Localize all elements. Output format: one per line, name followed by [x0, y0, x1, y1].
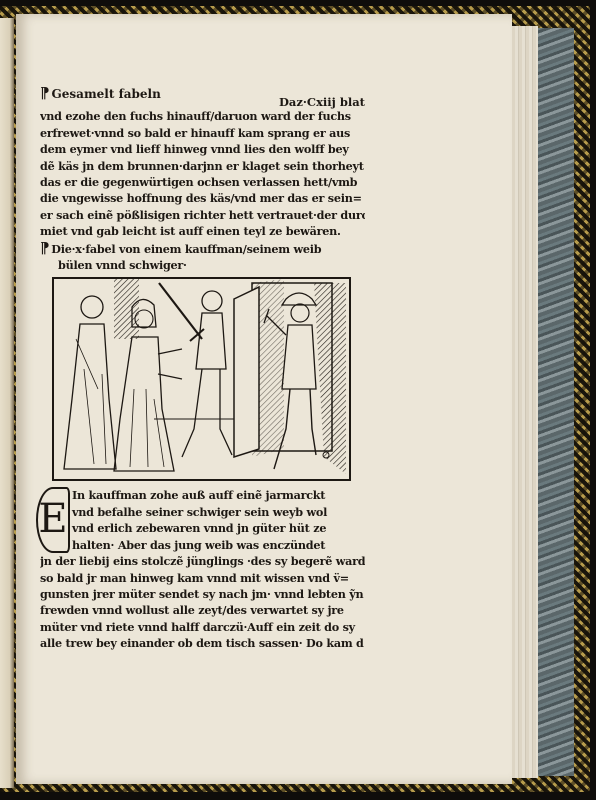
fable-title: ⁋Die·x·fabel von einem kauffman/seinem w…	[40, 240, 365, 257]
text-line: halten· Aber das jung weib was enczündet	[40, 537, 365, 553]
text-line: die vngewisse hoffnung des käs/vnd mer d…	[40, 190, 365, 206]
folio-number: Daz·Cxiij blat	[279, 94, 365, 110]
text-line: vnd erlich zebewaren vnnd jn güter hüt z…	[40, 520, 365, 536]
text-line: vnd ezohe den fuchs hinauff/daruon ward …	[40, 108, 365, 124]
text-line: dẽ käs jn dem brunnen·darjnn er klaget s…	[40, 158, 365, 174]
page-stack-edges	[508, 26, 538, 778]
text-line: In kauffman zohe auß auff einẽ jarmarckt	[40, 487, 365, 503]
text-line: frewden vnnd wollust alle zeyt/des verwa…	[40, 602, 365, 618]
decorated-initial-letter: E	[36, 487, 70, 553]
text-line: alle trew bey einander ob dem tisch sass…	[40, 635, 365, 651]
text-line: jn der liebij eins stolczẽ jünglings ·de…	[40, 553, 365, 569]
text-line: er sach einẽ pößlisigen richter hett ver…	[40, 207, 365, 223]
text-line: so bald jr man hinweg kam vnnd mit wisse…	[40, 570, 365, 586]
text-line: miet vnd gab leicht ist auff einen teyl …	[40, 223, 365, 239]
text-line: vnd befalhe seiner schwiger sein weyb wo…	[40, 504, 365, 520]
text-line: erfrewet·vnnd so bald er hinauff kam spr…	[40, 125, 365, 141]
woodcut-illustration	[52, 277, 351, 481]
left-page-edge	[0, 18, 14, 788]
pilcrow-icon: ⁋	[40, 240, 49, 257]
text-line: das er die gegenwürtigen ochsen verlasse…	[40, 174, 365, 190]
text-line: gunsten jrer müter sendet sy nach jm· vn…	[40, 586, 365, 602]
pilcrow-icon: ⁋	[40, 84, 50, 102]
opening-paragraph: E In kauffman zohe auß auff einẽ jarmarc…	[40, 487, 365, 553]
fable-title-continued: bülen vnnd schwiger·	[40, 257, 365, 273]
text-column: ⁋Gesamelt fabeln Daz·Cxiij blat vnd ezoh…	[40, 85, 365, 652]
text-line: müter vnd riete vnnd halff darczü·Auff e…	[40, 619, 365, 635]
running-head-left: ⁋Gesamelt fabeln	[40, 85, 161, 102]
woodcut-drawing	[54, 279, 349, 479]
marbled-endpaper	[536, 28, 574, 776]
running-head: ⁋Gesamelt fabeln Daz·Cxiij blat	[40, 85, 365, 102]
text-line: dem eymer vnd lieff hinweg vnnd lies den…	[40, 141, 365, 157]
